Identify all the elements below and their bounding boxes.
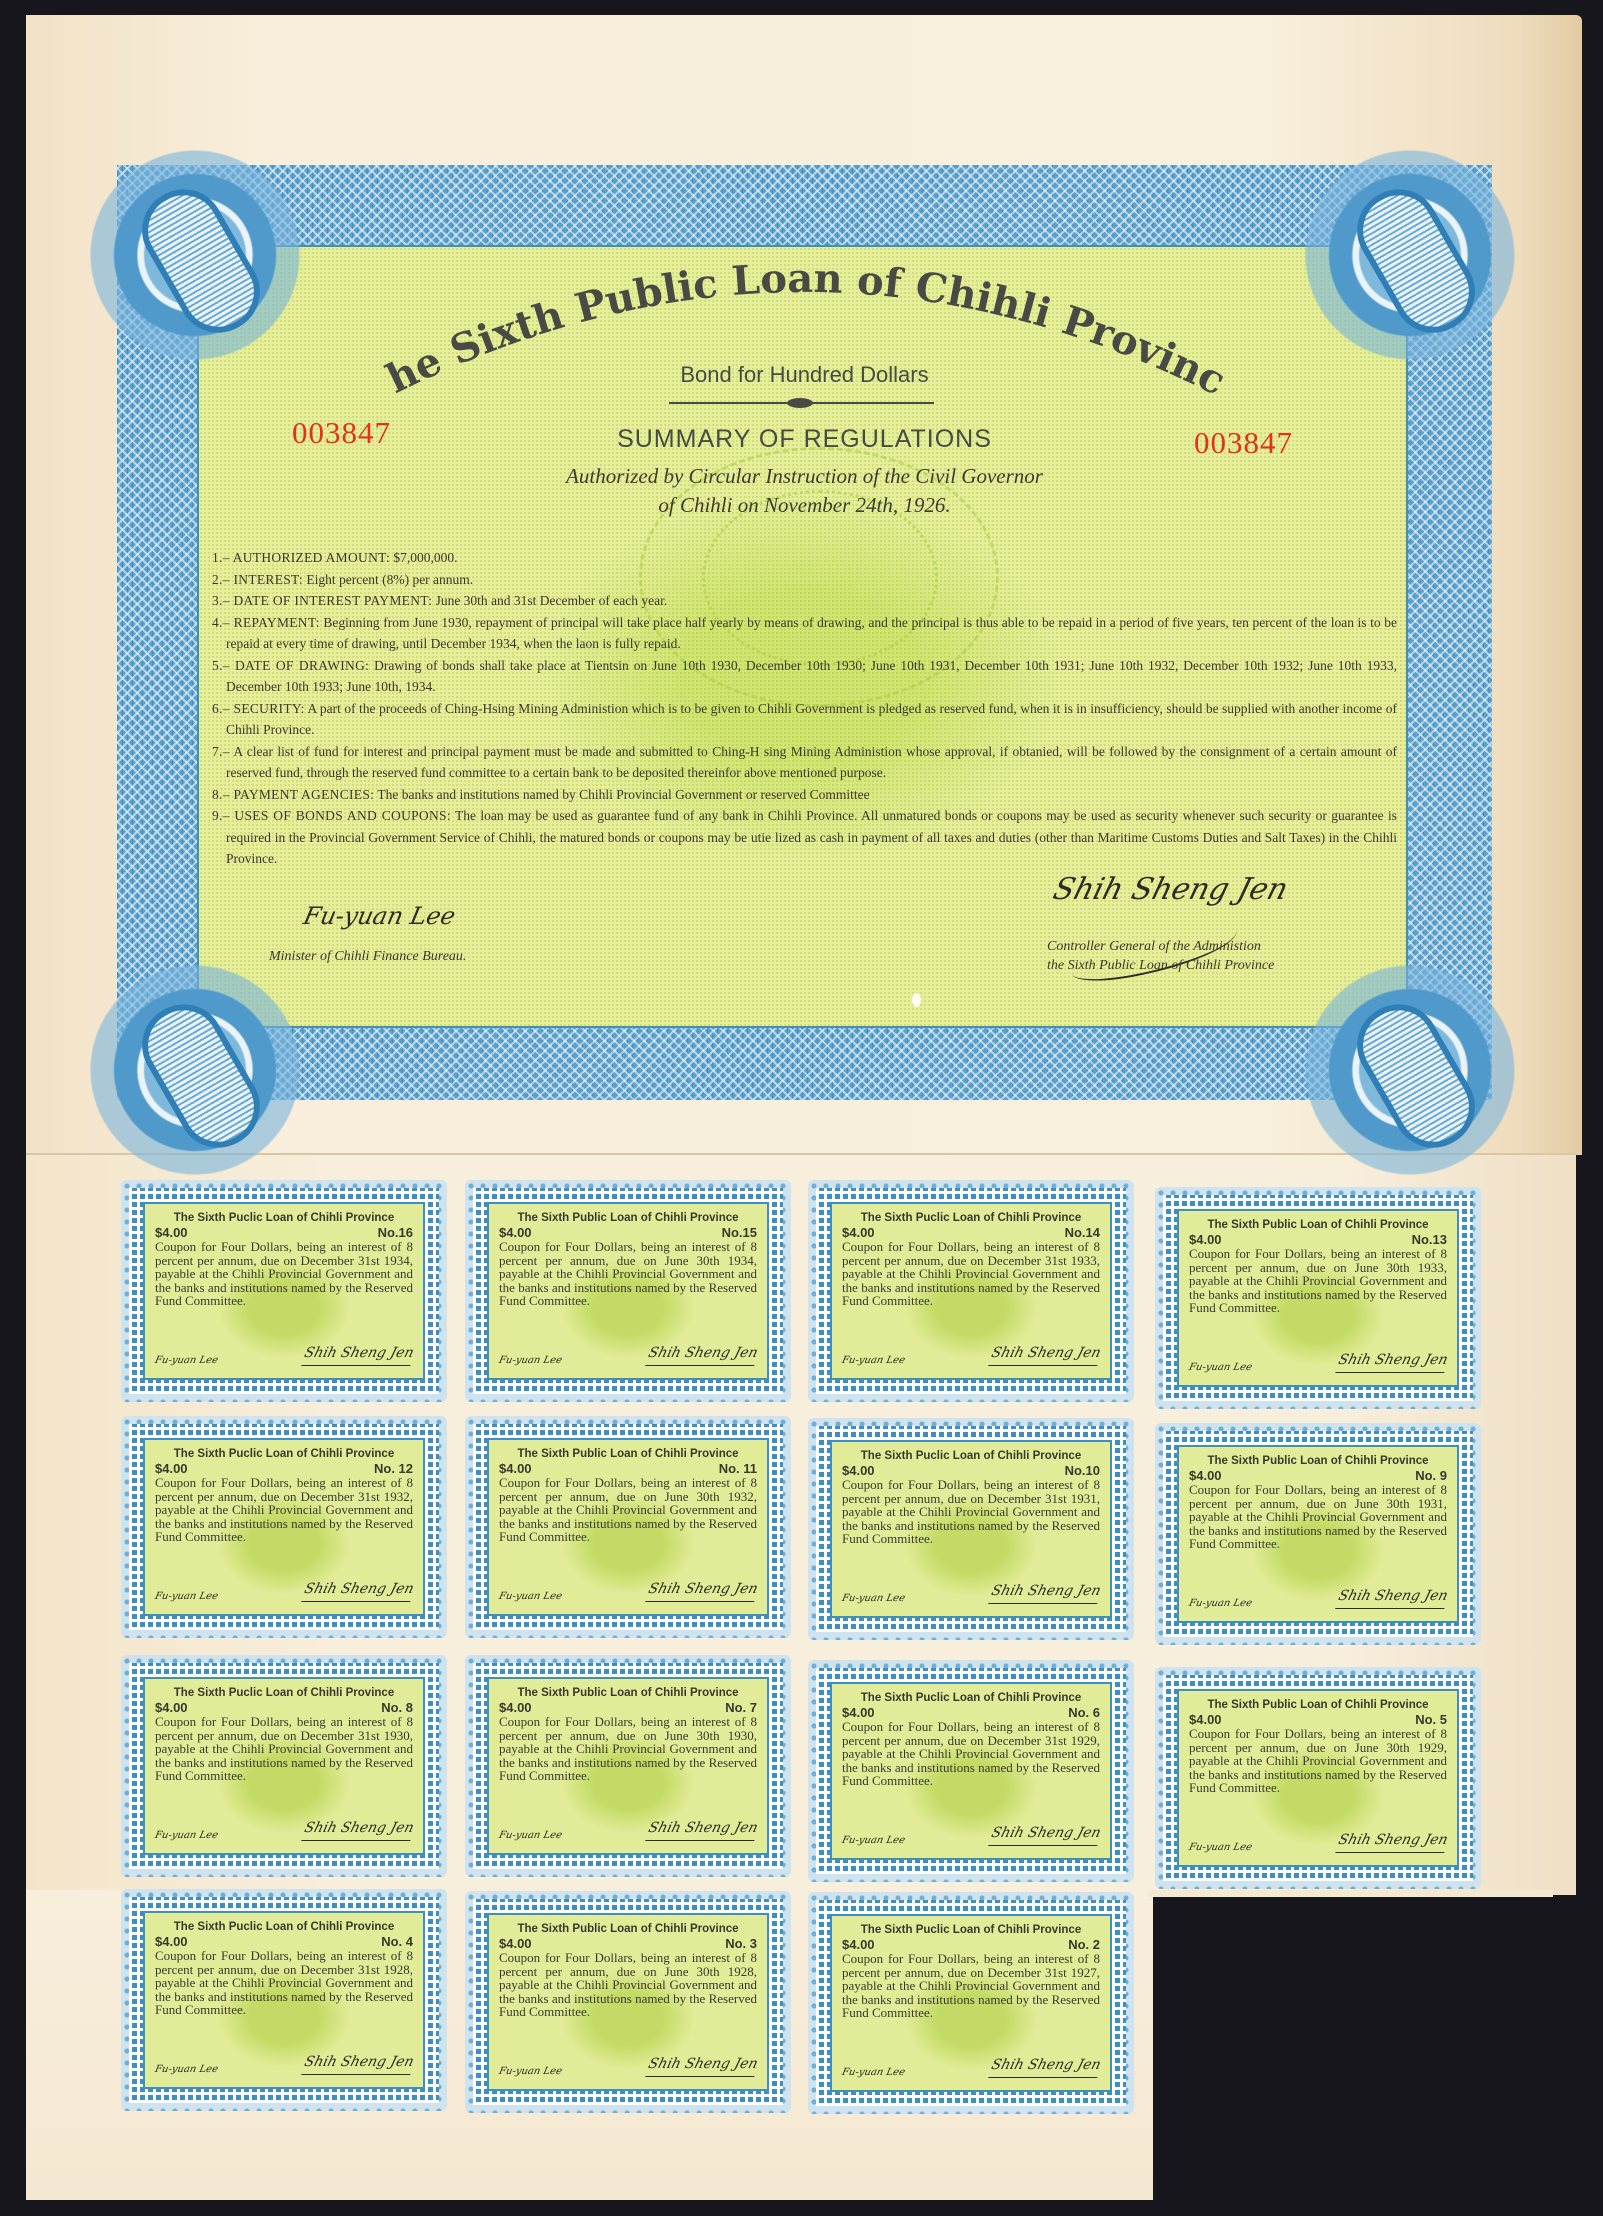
coupon-signature-controller: Shih Sheng Jen <box>988 1825 1102 1846</box>
frame-border-top <box>197 165 1408 245</box>
coupon-border: The Sixth Public Loan of Chihli Province… <box>1163 1431 1473 1637</box>
coupon-header: $4.00No. 4 <box>155 1934 413 1949</box>
regulation-text: A part of the proceeds of Ching-Hsing Mi… <box>226 701 1397 738</box>
coupon-number: No. 4 <box>381 1934 413 1949</box>
coupon-body: Coupon for Four Dollars, being an intere… <box>1189 1727 1447 1795</box>
regulation-text: A clear list of fund for interest and pr… <box>226 744 1397 781</box>
coupon-signature-minister: Fu-yuan Lee <box>154 1830 219 1841</box>
regulation-text: The banks and institutions named by Chih… <box>377 787 869 802</box>
coupon-border: The Sixth Public Loan of Chihli Province… <box>473 1424 783 1630</box>
coupon-face: The Sixth Puclic Loan of Chihli Province… <box>143 1202 425 1380</box>
coupon-amount: $4.00 <box>155 1225 188 1240</box>
coupon-signatures: Fu-yuan LeeShih Sheng Jen <box>842 1583 1100 1604</box>
authorization-line-2: of Chihli on November 24th, 1926. <box>199 493 1410 518</box>
coupon-signatures: Fu-yuan LeeShih Sheng Jen <box>499 1820 757 1841</box>
coupon-number: No. 11 <box>719 1461 757 1476</box>
regulation-label: 4.– REPAYMENT: <box>212 615 320 630</box>
coupon-number: No.16 <box>378 1225 413 1240</box>
coupon-number: No. 8 <box>381 1700 413 1715</box>
regulation-item: 4.– REPAYMENT: Beginning from June 1930,… <box>212 612 1397 655</box>
coupon-face: The Sixth Public Loan of Chihli Province… <box>1177 1445 1459 1623</box>
signature-minister: Fu-yuan Lee <box>301 902 458 930</box>
coupon-body: Coupon for Four Dollars, being an intere… <box>1189 1483 1447 1551</box>
bond-panel: The Sixth Public Loan of Chihli Province… <box>197 245 1408 1028</box>
coupon-signature-controller: Shih Sheng Jen <box>645 1820 759 1841</box>
coupon-signature-controller: Shih Sheng Jen <box>301 1820 415 1841</box>
role-controller: Controller General of the Administion th… <box>1047 937 1274 975</box>
coupon-number: No.14 <box>1065 1225 1100 1240</box>
coupon-signatures: Fu-yuan LeeShih Sheng Jen <box>842 1345 1100 1366</box>
coupon-signatures: Fu-yuan LeeShih Sheng Jen <box>499 1581 757 1602</box>
coupon-signature-minister: Fu-yuan Lee <box>1188 1598 1253 1609</box>
coupon-number: No. 3 <box>725 1936 757 1951</box>
coupon: The Sixth Puclic Loan of Chihli Province… <box>808 1418 1134 1640</box>
coupon-border: The Sixth Puclic Loan of Chihli Province… <box>816 1188 1126 1394</box>
coupon-signature-controller: Shih Sheng Jen <box>988 1583 1102 1604</box>
coupon-border: The Sixth Puclic Loan of Chihli Province… <box>129 1424 439 1630</box>
coupon-body: Coupon for Four Dollars, being an intere… <box>499 1240 757 1308</box>
regulation-label: 6.– SECURITY: <box>212 701 305 716</box>
coupon-signature-controller: Shih Sheng Jen <box>301 2054 415 2075</box>
coupon: The Sixth Public Loan of Chihli Province… <box>1155 1667 1481 1889</box>
regulation-text: Drawing of bonds shall take place at Tie… <box>226 658 1397 695</box>
regulation-label: 5.– DATE OF DRAWING: <box>212 658 369 673</box>
regulation-item: 1.– AUTHORIZED AMOUNT: $7,000,000. <box>212 547 1397 569</box>
coupon-body: Coupon for Four Dollars, being an intere… <box>499 1476 757 1544</box>
coupon-number: No. 12 <box>374 1461 413 1476</box>
coupon: The Sixth Public Loan of Chihli Province… <box>1155 1423 1481 1645</box>
coupon-header: $4.00No. 6 <box>842 1705 1100 1720</box>
coupon-title: The Sixth Public Loan of Chihli Province <box>499 1687 757 1699</box>
coupon-body: Coupon for Four Dollars, being an intere… <box>842 1720 1100 1788</box>
summary-heading: SUMMARY OF REGULATIONS <box>199 425 1410 454</box>
coupon-signature-minister: Fu-yuan Lee <box>841 2067 906 2078</box>
coupon-amount: $4.00 <box>842 1937 875 1952</box>
coupon-border: The Sixth Puclic Loan of Chihli Province… <box>129 1663 439 1869</box>
coupon-signatures: Fu-yuan LeeShih Sheng Jen <box>499 1345 757 1366</box>
coupon-signature-controller: Shih Sheng Jen <box>301 1581 415 1602</box>
coupon-signatures: Fu-yuan LeeShih Sheng Jen <box>155 1581 413 1602</box>
coupon-title: The Sixth Puclic Loan of Chihli Province <box>155 1687 413 1699</box>
coupon-title: The Sixth Public Loan of Chihli Province <box>1189 1219 1447 1231</box>
coupon-face: The Sixth Public Loan of Chihli Province… <box>487 1202 769 1380</box>
coupon-signature-controller: Shih Sheng Jen <box>645 1581 759 1602</box>
frame-border-bottom <box>197 1028 1408 1100</box>
coupon-amount: $4.00 <box>155 1934 188 1949</box>
coupon-signatures: Fu-yuan LeeShih Sheng Jen <box>842 1825 1100 1846</box>
coupon-header: $4.00No. 3 <box>499 1936 757 1951</box>
coupon-number: No.15 <box>722 1225 757 1240</box>
coupon-signatures: Fu-yuan LeeShih Sheng Jen <box>1189 1832 1447 1853</box>
coupon: The Sixth Puclic Loan of Chihli Province… <box>808 1180 1134 1402</box>
coupon: The Sixth Puclic Loan of Chihli Province… <box>808 1892 1134 2114</box>
coupon-header: $4.00No. 2 <box>842 1937 1100 1952</box>
regulation-item: 2.– INTEREST: Eight percent (8%) per ann… <box>212 569 1397 591</box>
coupon-signature-minister: Fu-yuan Lee <box>841 1355 906 1366</box>
coupon-border: The Sixth Public Loan of Chihli Province… <box>1163 1675 1473 1881</box>
coupon-border: The Sixth Puclic Loan of Chihli Province… <box>129 1188 439 1394</box>
coupon-title: The Sixth Puclic Loan of Chihli Province <box>155 1448 413 1460</box>
coupon-amount: $4.00 <box>842 1225 875 1240</box>
regulation-text: $7,000,000. <box>393 550 457 565</box>
coupon-amount: $4.00 <box>1189 1468 1222 1483</box>
coupon-face: The Sixth Public Loan of Chihli Province… <box>487 1438 769 1616</box>
regulation-item: 5.– DATE OF DRAWING: Drawing of bonds sh… <box>212 655 1397 698</box>
regulation-item: 6.– SECURITY: A part of the proceeds of … <box>212 698 1397 741</box>
signature-controller: Shih Sheng Jen <box>1049 872 1292 907</box>
coupon-title: The Sixth Puclic Loan of Chihli Province <box>842 1450 1100 1462</box>
coupon-signatures: Fu-yuan LeeShih Sheng Jen <box>155 2054 413 2075</box>
coupon-title: The Sixth Puclic Loan of Chihli Province <box>155 1212 413 1224</box>
coupon-body: Coupon for Four Dollars, being an intere… <box>842 1952 1100 2020</box>
coupon-number: No. 7 <box>725 1700 757 1715</box>
regulation-label: 8.– PAYMENT AGENCIES: <box>212 787 374 802</box>
coupon-face: The Sixth Puclic Loan of Chihli Province… <box>143 1438 425 1616</box>
coupon-signature-minister: Fu-yuan Lee <box>1188 1362 1253 1373</box>
role-controller-line-1: Controller General of the Administion <box>1047 937 1274 956</box>
coupon-body: Coupon for Four Dollars, being an intere… <box>842 1478 1100 1546</box>
coupon-border: The Sixth Puclic Loan of Chihli Province… <box>816 1668 1126 1874</box>
coupon-signature-minister: Fu-yuan Lee <box>154 1591 219 1602</box>
coupon: The Sixth Puclic Loan of Chihli Province… <box>121 1889 447 2111</box>
bond-subtitle: Bond for Hundred Dollars <box>199 362 1410 388</box>
regulation-item: 3.– DATE OF INTEREST PAYMENT: June 30th … <box>212 590 1397 612</box>
coupon-signature-minister: Fu-yuan Lee <box>498 2066 563 2077</box>
coupon-border: The Sixth Puclic Loan of Chihli Province… <box>129 1897 439 2103</box>
coupon-number: No. 2 <box>1068 1937 1100 1952</box>
coupon-body: Coupon for Four Dollars, being an intere… <box>155 1715 413 1783</box>
coupon-signature-minister: Fu-yuan Lee <box>498 1830 563 1841</box>
regulation-label: 7.– <box>212 744 230 759</box>
coupon-number: No.13 <box>1412 1232 1447 1247</box>
coupon-header: $4.00No.10 <box>842 1463 1100 1478</box>
coupon-signature-minister: Fu-yuan Lee <box>154 1355 219 1366</box>
coupon-number: No. 6 <box>1068 1705 1100 1720</box>
coupon-header: $4.00No. 5 <box>1189 1712 1447 1727</box>
coupon-header: $4.00No. 11 <box>499 1461 757 1476</box>
regulation-label: 3.– DATE OF INTEREST PAYMENT: <box>212 593 432 608</box>
coupon-face: The Sixth Puclic Loan of Chihli Province… <box>143 1677 425 1855</box>
coupon-body: Coupon for Four Dollars, being an intere… <box>499 1951 757 2019</box>
coupon-face: The Sixth Public Loan of Chihli Province… <box>487 1913 769 2091</box>
coupon-face: The Sixth Public Loan of Chihli Province… <box>1177 1209 1459 1387</box>
coupon-face: The Sixth Puclic Loan of Chihli Province… <box>830 1202 1112 1380</box>
punch-hole <box>912 993 921 1007</box>
regulation-item: 9.– USES OF BONDS AND COUPONS: The loan … <box>212 805 1397 870</box>
coupon-border: The Sixth Puclic Loan of Chihli Province… <box>816 1900 1126 2106</box>
role-controller-line-2: the Sixth Public Loan of Chihli Province <box>1047 956 1274 975</box>
regulation-text: Eight percent (8%) per annum. <box>306 572 473 587</box>
coupon: The Sixth Puclic Loan of Chihli Province… <box>121 1655 447 1877</box>
coupon-signature-minister: Fu-yuan Lee <box>154 2064 219 2075</box>
coupon-border: The Sixth Public Loan of Chihli Province… <box>473 1188 783 1394</box>
coupon-amount: $4.00 <box>842 1705 875 1720</box>
coupon: The Sixth Puclic Loan of Chihli Province… <box>121 1180 447 1402</box>
coupon-signatures: Fu-yuan LeeShih Sheng Jen <box>155 1345 413 1366</box>
coupon-amount: $4.00 <box>842 1463 875 1478</box>
coupon-number: No.10 <box>1065 1463 1100 1478</box>
coupon-signature-controller: Shih Sheng Jen <box>645 1345 759 1366</box>
coupon-title: The Sixth Puclic Loan of Chihli Province <box>842 1692 1100 1704</box>
coupon-header: $4.00No. 9 <box>1189 1468 1447 1483</box>
coupon-header: $4.00No.15 <box>499 1225 757 1240</box>
coupon-header: $4.00No. 8 <box>155 1700 413 1715</box>
coupon-signature-minister: Fu-yuan Lee <box>841 1593 906 1604</box>
coupon-border: The Sixth Public Loan of Chihli Province… <box>1163 1195 1473 1401</box>
coupon-signature-minister: Fu-yuan Lee <box>498 1355 563 1366</box>
coupon-title: The Sixth Puclic Loan of Chihli Province <box>155 1921 413 1933</box>
paper-torn-edge <box>1148 1890 1553 1897</box>
coupon: The Sixth Puclic Loan of Chihli Province… <box>808 1660 1134 1882</box>
coupon-signature-minister: Fu-yuan Lee <box>498 1591 563 1602</box>
coupon-title: The Sixth Puclic Loan of Chihli Province <box>842 1924 1100 1936</box>
coupon-amount: $4.00 <box>499 1700 532 1715</box>
coupon-signatures: Fu-yuan LeeShih Sheng Jen <box>842 2057 1100 2078</box>
coupon-signatures: Fu-yuan LeeShih Sheng Jen <box>499 2056 757 2077</box>
coupon-amount: $4.00 <box>155 1461 188 1476</box>
coupon: The Sixth Public Loan of Chihli Province… <box>465 1416 791 1638</box>
coupon-signature-controller: Shih Sheng Jen <box>1335 1352 1449 1373</box>
coupon-signature-minister: Fu-yuan Lee <box>1188 1842 1253 1853</box>
coupon-header: $4.00No.14 <box>842 1225 1100 1240</box>
coupon-amount: $4.00 <box>499 1225 532 1240</box>
coupon-signature-minister: Fu-yuan Lee <box>841 1835 906 1846</box>
coupon-title: The Sixth Public Loan of Chihli Province <box>1189 1699 1447 1711</box>
coupon: The Sixth Public Loan of Chihli Province… <box>465 1891 791 2113</box>
coupon-signatures: Fu-yuan LeeShih Sheng Jen <box>1189 1588 1447 1609</box>
coupon-number: No. 9 <box>1415 1468 1447 1483</box>
coupon-header: $4.00No. 7 <box>499 1700 757 1715</box>
coupon-title: The Sixth Puclic Loan of Chihli Province <box>842 1212 1100 1224</box>
coupon-signatures: Fu-yuan LeeShih Sheng Jen <box>1189 1352 1447 1373</box>
regulation-item: 8.– PAYMENT AGENCIES: The banks and inst… <box>212 784 1397 806</box>
coupon-signature-controller: Shih Sheng Jen <box>1335 1588 1449 1609</box>
coupon-amount: $4.00 <box>499 1461 532 1476</box>
coupon-header: $4.00No.16 <box>155 1225 413 1240</box>
coupon-body: Coupon for Four Dollars, being an intere… <box>155 1949 413 2017</box>
coupon-face: The Sixth Public Loan of Chihli Province… <box>1177 1689 1459 1867</box>
coupon-title: The Sixth Public Loan of Chihli Province <box>499 1923 757 1935</box>
coupon-header: $4.00No.13 <box>1189 1232 1447 1247</box>
coupon-border: The Sixth Public Loan of Chihli Province… <box>473 1899 783 2105</box>
coupon-face: The Sixth Puclic Loan of Chihli Province… <box>143 1911 425 2089</box>
coupon-face: The Sixth Puclic Loan of Chihli Province… <box>830 1440 1112 1618</box>
regulation-label: 1.– AUTHORIZED AMOUNT: <box>212 550 390 565</box>
regulation-text: June 30th and 31st December of each year… <box>436 593 668 608</box>
role-minister: Minister of Chihli Finance Bureau. <box>269 949 466 965</box>
regulation-item: 7.– A clear list of fund for interest an… <box>212 741 1397 784</box>
coupon-amount: $4.00 <box>499 1936 532 1951</box>
coupon: The Sixth Public Loan of Chihli Province… <box>465 1180 791 1402</box>
coupon-body: Coupon for Four Dollars, being an intere… <box>842 1240 1100 1308</box>
coupon-amount: $4.00 <box>1189 1712 1222 1727</box>
coupon-body: Coupon for Four Dollars, being an intere… <box>155 1476 413 1544</box>
coupon-amount: $4.00 <box>155 1700 188 1715</box>
coupon-border: The Sixth Public Loan of Chihli Province… <box>473 1663 783 1869</box>
regulations-list: 1.– AUTHORIZED AMOUNT: $7,000,000. 2.– I… <box>212 547 1397 870</box>
coupon-signature-controller: Shih Sheng Jen <box>988 2057 1102 2078</box>
ornamental-divider-icon <box>669 402 934 404</box>
coupon: The Sixth Public Loan of Chihli Province… <box>465 1655 791 1877</box>
regulation-label: 9.– USES OF BONDS AND COUPONS: <box>212 808 451 823</box>
coupon-signature-controller: Shih Sheng Jen <box>1335 1832 1449 1853</box>
coupon-title: The Sixth Public Loan of Chihli Province <box>1189 1455 1447 1467</box>
coupon-border: The Sixth Puclic Loan of Chihli Province… <box>816 1426 1126 1632</box>
coupon-amount: $4.00 <box>1189 1232 1222 1247</box>
coupon-body: Coupon for Four Dollars, being an intere… <box>1189 1247 1447 1315</box>
coupon-header: $4.00No. 12 <box>155 1461 413 1476</box>
coupon-title: The Sixth Public Loan of Chihli Province <box>499 1448 757 1460</box>
coupon-number: No. 5 <box>1415 1712 1447 1727</box>
coupon-signature-controller: Shih Sheng Jen <box>301 1345 415 1366</box>
coupon-signature-controller: Shih Sheng Jen <box>645 2056 759 2077</box>
coupon-signature-controller: Shih Sheng Jen <box>988 1345 1102 1366</box>
coupon-face: The Sixth Puclic Loan of Chihli Province… <box>830 1682 1112 1860</box>
authorization-line-1: Authorized by Circular Instruction of th… <box>199 464 1410 489</box>
coupon: The Sixth Puclic Loan of Chihli Province… <box>121 1416 447 1638</box>
regulation-text: Beginning from June 1930, repayment of p… <box>226 615 1397 652</box>
coupon-body: Coupon for Four Dollars, being an intere… <box>155 1240 413 1308</box>
coupon-body: Coupon for Four Dollars, being an intere… <box>499 1715 757 1783</box>
coupon: The Sixth Public Loan of Chihli Province… <box>1155 1187 1481 1409</box>
coupon-face: The Sixth Puclic Loan of Chihli Province… <box>830 1914 1112 2092</box>
coupon-title: The Sixth Public Loan of Chihli Province <box>499 1212 757 1224</box>
coupon-signatures: Fu-yuan LeeShih Sheng Jen <box>155 1820 413 1841</box>
regulation-label: 2.– INTEREST: <box>212 572 303 587</box>
coupon-face: The Sixth Public Loan of Chihli Province… <box>487 1677 769 1855</box>
